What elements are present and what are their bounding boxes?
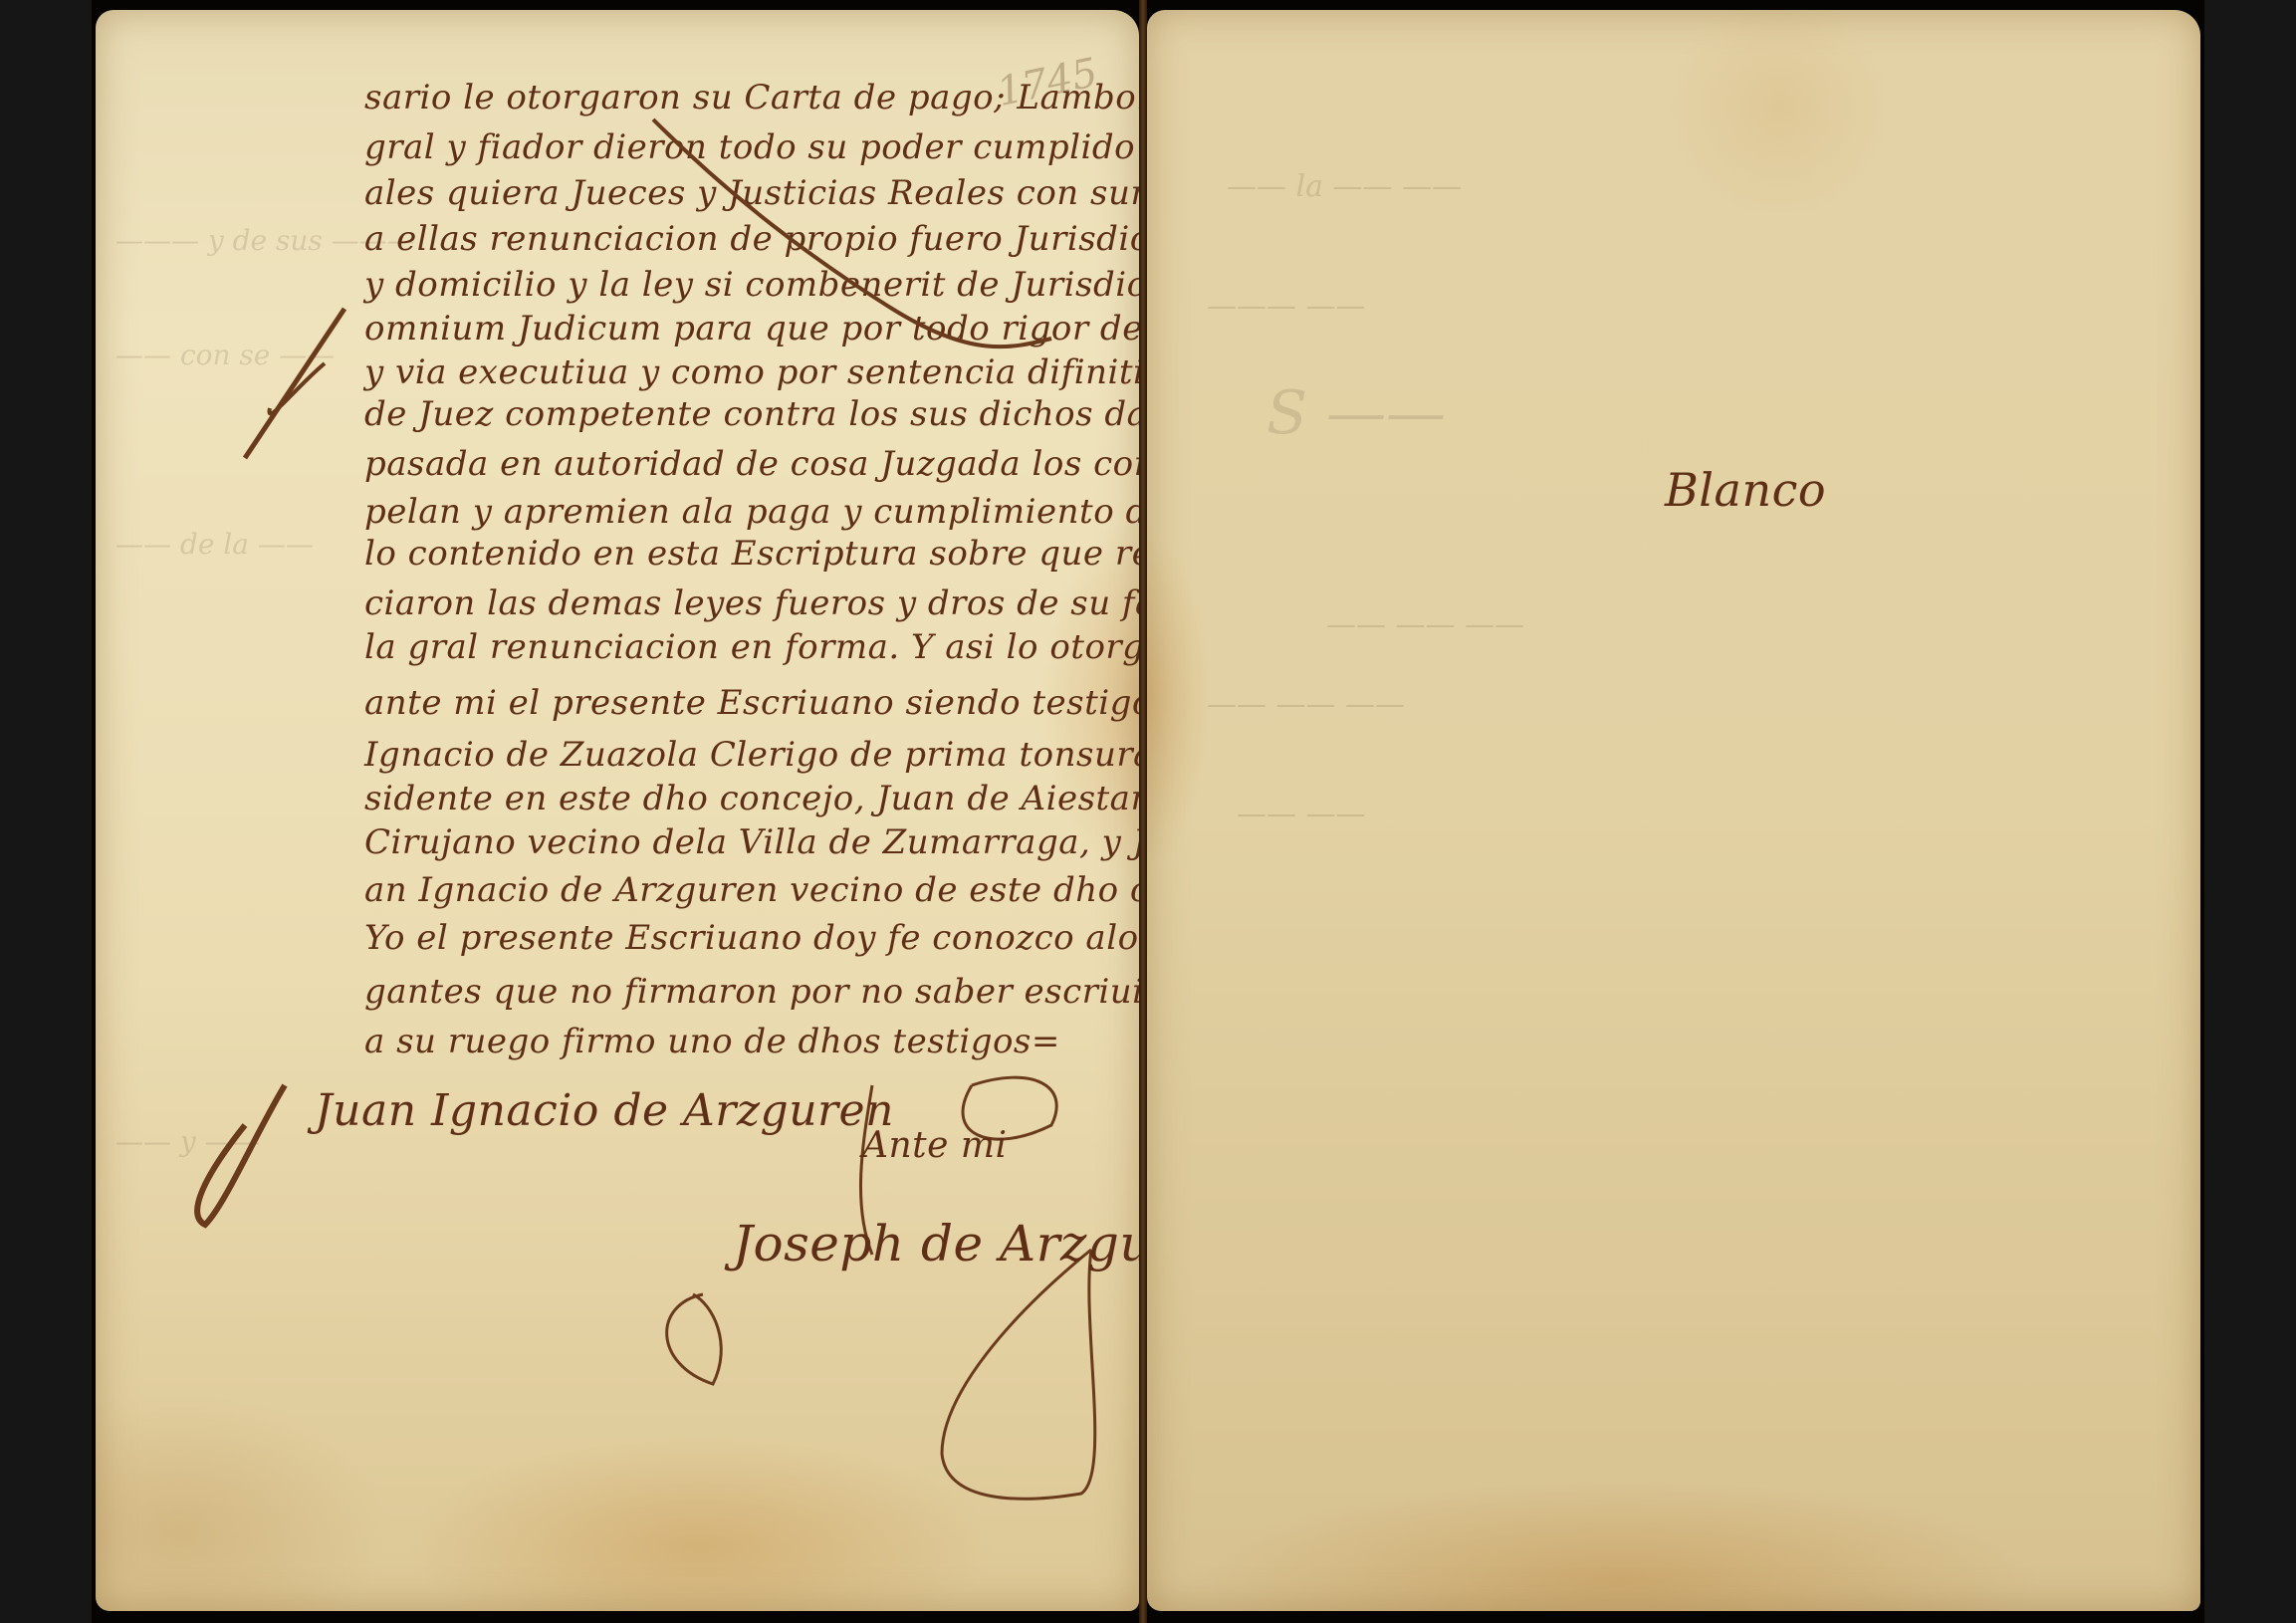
right-page: —— la —— —— ——— —— S —— —— —— —— —— —— —… xyxy=(1147,10,2200,1611)
blank-page-note: Blanco xyxy=(1665,463,1826,517)
left-page: 1745 ——— y de sus ——— —— con se —— —— de… xyxy=(96,10,1139,1611)
manuscript-line: a ellas renunciacion de propio fuero Jur… xyxy=(364,219,1139,259)
manuscript-line: ante mi el presente Escriuano siendo tes… xyxy=(364,683,1139,723)
manuscript-line: Cirujano vecino dela Villa de Zumarraga,… xyxy=(364,822,1139,862)
manuscript-line: ciaron las demas leyes fueros y dros de … xyxy=(364,583,1139,623)
bleed-through-text: —— y —— xyxy=(115,1125,261,1158)
manuscript-line: omnium Judicum para que por todo rigor d… xyxy=(364,309,1139,348)
bleed-through-text: —— la —— —— xyxy=(1227,169,1462,204)
bleed-through-text: —— —— —— xyxy=(1326,607,1524,642)
manuscript-line: la gral renunciacion en forma. Y asi lo … xyxy=(364,627,1139,667)
manuscript-line: pelan y apremien ala paga y cumplimiento… xyxy=(364,492,1139,532)
bleed-through-text: —— —— xyxy=(1237,797,1366,831)
book-spine xyxy=(1139,0,1147,1623)
manuscript-line: a su ruego firmo uno de dhos testigos= xyxy=(364,1022,1060,1061)
manuscript-line: gantes que no firmaron por no saber escr… xyxy=(364,972,1139,1012)
manuscript-scan: 1745 ——— y de sus ——— —— con se —— —— de… xyxy=(92,0,2204,1623)
manuscript-line: pasada en autoridad de cosa Juzgada los … xyxy=(364,444,1139,484)
manuscript-line: y via executiua y como por sentencia dif… xyxy=(364,352,1139,392)
bleed-through-text: —— con se —— xyxy=(115,339,335,371)
manuscript-line: Yo el presente Escriuano doy fe conozco … xyxy=(364,918,1139,958)
manuscript-line: Ignacio de Zuazola Clerigo de prima tons… xyxy=(364,735,1139,775)
bleed-through-text: —— —— —— xyxy=(1207,687,1405,722)
notary-signature: Joseph de Arzguren xyxy=(733,1215,1139,1273)
manuscript-line: an Ignacio de Arzguren vecino de este dh… xyxy=(364,870,1139,910)
manuscript-line: ales quiera Jueces y Justicias Reales co… xyxy=(364,173,1139,213)
bleed-through-text: —— de la —— xyxy=(115,528,314,561)
bleed-through-text: S —— xyxy=(1266,378,1446,448)
manuscript-line: gral y fiador dieron todo su poder cumpl… xyxy=(364,127,1139,167)
manuscript-line: lo contenido en esta Escriptura sobre qu… xyxy=(364,534,1139,574)
manuscript-line: sidente en este dho concejo, Juan de Aie… xyxy=(364,779,1139,818)
bleed-through-text: ——— —— xyxy=(1207,289,1366,324)
witness-signature: Juan Ignacio de Arzguren xyxy=(315,1085,894,1136)
notary-prefix: Ante mi xyxy=(862,1125,1008,1166)
manuscript-line: sario le otorgaron su Carta de pago; Lam… xyxy=(364,78,1139,117)
manuscript-line: de Juez competente contra los sus dichos… xyxy=(364,394,1139,434)
manuscript-line: y domicilio y la ley si combenerit de Ju… xyxy=(364,265,1139,305)
